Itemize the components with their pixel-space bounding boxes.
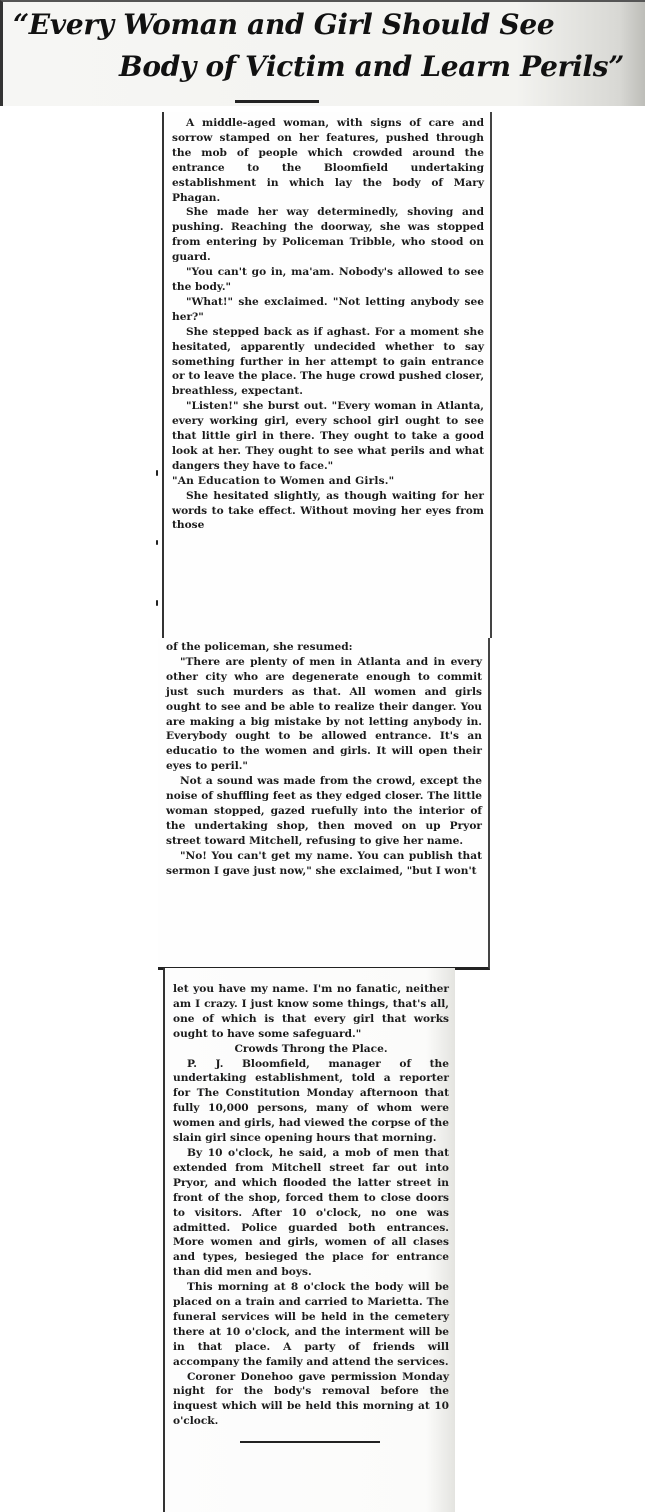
- paragraph: By 10 o'clock, he said, a mob of men tha…: [173, 1146, 449, 1280]
- headline-line-1: “Every Woman and Girl Should See: [13, 8, 554, 41]
- headline-box: “Every Woman and Girl Should See Body of…: [0, 0, 645, 106]
- article-end-rule: [240, 1441, 380, 1443]
- section-subhead: "An Education to Women and Girls.": [172, 474, 484, 489]
- headline-line-2: Body of Victim and Learn Perils”: [119, 50, 624, 83]
- paragraph: A middle-aged woman, with signs of care …: [172, 116, 484, 205]
- article-column-3: let you have my name. I'm no fanatic, ne…: [163, 968, 455, 1512]
- print-speck: [156, 470, 158, 476]
- paragraph: She hesitated slightly, as though waitin…: [172, 489, 484, 534]
- paragraph: Not a sound was made from the crowd, exc…: [166, 774, 482, 849]
- column-2-text: of the policeman, she resumed:"There are…: [158, 638, 488, 879]
- section-subhead: Crowds Throng the Place.: [173, 1042, 449, 1057]
- column-1-text: A middle-aged woman, with signs of care …: [164, 112, 490, 533]
- article-column-2: of the policeman, she resumed:"There are…: [158, 638, 490, 970]
- paragraph-continuation: let you have my name. I'm no fanatic, ne…: [173, 982, 449, 1042]
- paragraph: "No! You can't get my name. You can publ…: [166, 849, 482, 879]
- paragraph: "What!" she exclaimed. "Not letting anyb…: [172, 295, 484, 325]
- print-speck: [156, 540, 158, 545]
- paragraph-continuation: of the policeman, she resumed:: [166, 640, 482, 655]
- paragraph: Coroner Donehoo gave permission Monday n…: [173, 1370, 449, 1430]
- print-speck: [156, 600, 158, 606]
- headline-divider-rule: [235, 100, 319, 103]
- paragraph: She stepped back as if aghast. For a mom…: [172, 325, 484, 400]
- paragraph: This morning at 8 o'clock the body will …: [173, 1280, 449, 1369]
- column-3-text: let you have my name. I'm no fanatic, ne…: [165, 968, 455, 1429]
- paragraph: P. J. Bloomfield, manager of the underta…: [173, 1057, 449, 1146]
- paragraph: She made her way determinedly, shoving a…: [172, 205, 484, 265]
- paragraph: "You can't go in, ma'am. Nobody's allowe…: [172, 265, 484, 295]
- article-column-1: A middle-aged woman, with signs of care …: [162, 112, 492, 638]
- paragraph: "There are plenty of men in Atlanta and …: [166, 655, 482, 774]
- paragraph: "Listen!" she burst out. "Every woman in…: [172, 399, 484, 474]
